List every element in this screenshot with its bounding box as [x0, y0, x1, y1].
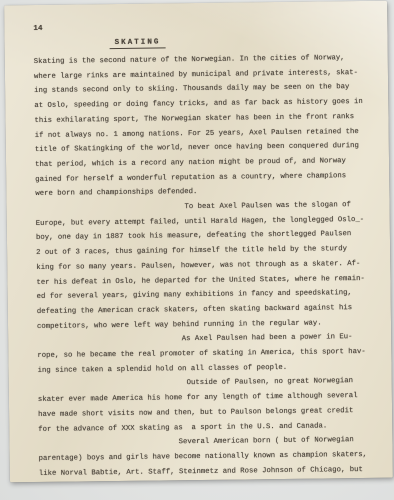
scan-background: 14 SKATING Skating is the second nature …	[0, 0, 394, 500]
paragraph-3: As Axel Paulsen had been a power in Eu- …	[37, 330, 378, 378]
paragraph-2: To beat Axel Paulsen was the slogan of E…	[36, 198, 378, 334]
document-title: SKATING	[110, 38, 166, 49]
paragraph-5: Several American born ( but of Norwegian…	[38, 433, 379, 481]
paragraph-4: Outside of Paulsen, no great Norwegian s…	[38, 374, 379, 437]
typewritten-page: 14 SKATING Skating is the second nature …	[4, 1, 393, 483]
document-body: Skating is the second nature of the Norw…	[34, 51, 379, 482]
page-number: 14	[33, 25, 42, 33]
paragraph-1: Skating is the second nature of the Norw…	[34, 51, 376, 202]
